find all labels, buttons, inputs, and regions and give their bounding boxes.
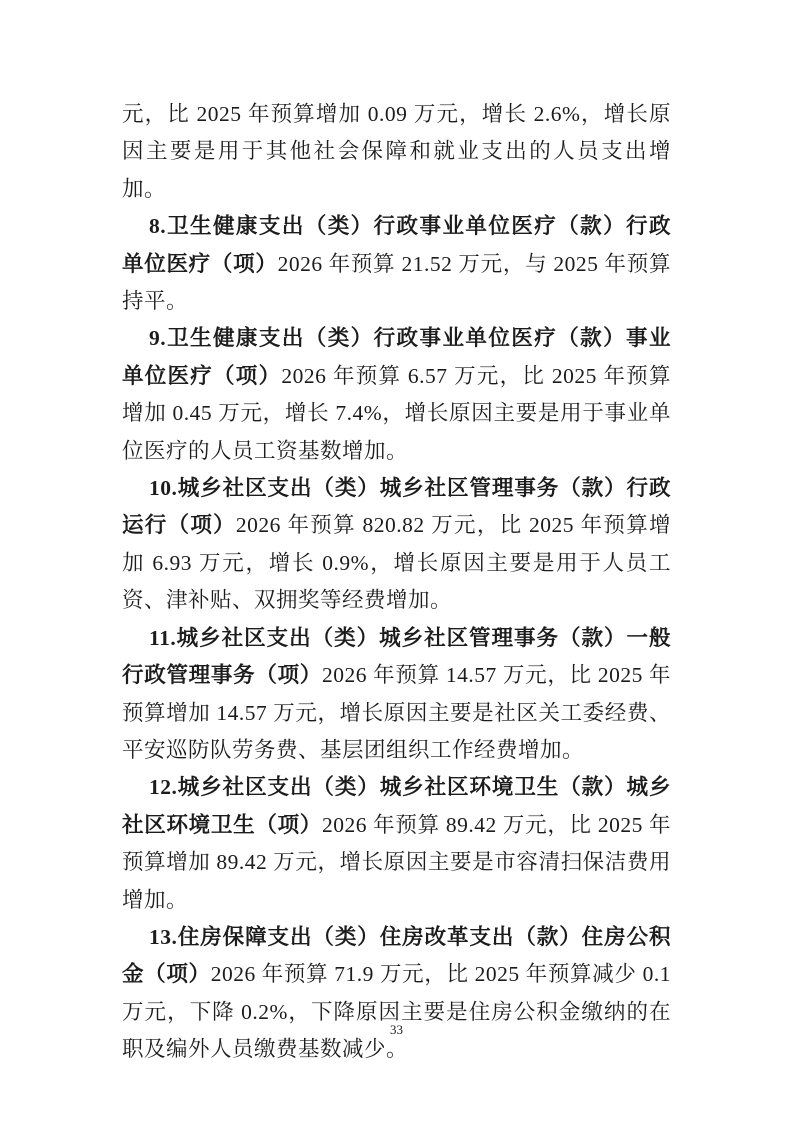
- document-page: 元，比 2025 年预算增加 0.09 万元，增长 2.6%，增长原因主要是用于…: [0, 0, 793, 1122]
- paragraph-13: 13.住房保障支出（类）住房改革支出（款）住房公积金（项）2026 年预算 71…: [122, 919, 671, 1069]
- paragraph-8: 8.卫生健康支出（类）行政事业单位医疗（款）行政单位医疗（项）2026 年预算 …: [122, 208, 671, 320]
- paragraph-9: 9.卫生健康支出（类）行政事业单位医疗（款）事业单位医疗（项）2026 年预算 …: [122, 320, 671, 470]
- document-body: 元，比 2025 年预算增加 0.09 万元，增长 2.6%，增长原因主要是用于…: [122, 96, 671, 1069]
- paragraph-7-continuation: 元，比 2025 年预算增加 0.09 万元，增长 2.6%，增长原因主要是用于…: [122, 96, 671, 208]
- paragraph-10: 10.城乡社区支出（类）城乡社区管理事务（款）行政运行（项）2026 年预算 8…: [122, 470, 671, 620]
- paragraph-11: 11.城乡社区支出（类）城乡社区管理事务（款）一般行政管理事务（项）2026 年…: [122, 620, 671, 770]
- paragraph-12: 12.城乡社区支出（类）城乡社区环境卫生（款）城乡社区环境卫生（项）2026 年…: [122, 769, 671, 919]
- body-segment: 元，比 2025 年预算增加 0.09 万元，增长 2.6%，增长原因主要是用于…: [122, 102, 671, 201]
- page-number: 33: [0, 1022, 793, 1038]
